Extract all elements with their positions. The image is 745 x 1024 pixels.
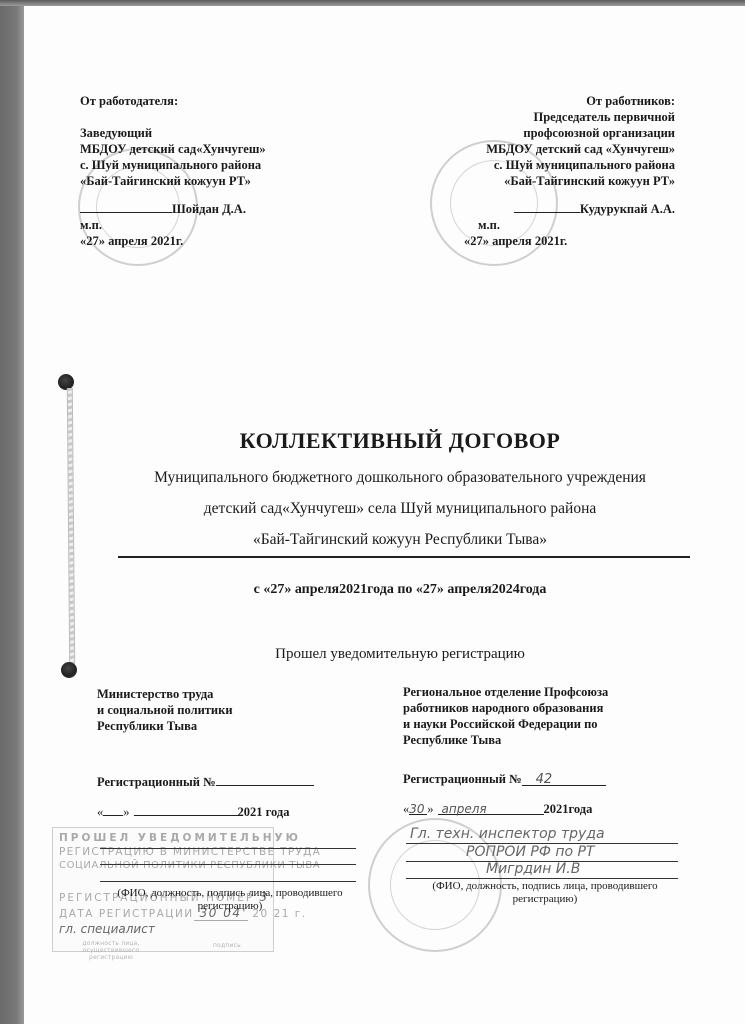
ministry-registration-block: Министерство труда и социальной политики…: [97, 686, 357, 734]
workers-date: «27» апреля 2021г.: [400, 233, 675, 249]
employer-heading: От работодателя:: [80, 93, 380, 109]
ministry-fill-line1: [100, 848, 356, 849]
union-handwritten-line2: РОПРОИ РФ по РТ: [466, 844, 686, 860]
union-org-line2: работников народного образования: [403, 700, 693, 716]
union-fill-line3: [406, 878, 678, 879]
ministry-fill-line3: [100, 881, 356, 882]
employer-signature-block: От работодателя: Заведующий МБДОУ детски…: [80, 93, 380, 249]
stamp-caption-left: должность лица, осуществившего регистрац…: [61, 940, 161, 961]
workers-heading: От работников:: [400, 93, 675, 109]
ministry-org-line1: Министерство труда: [97, 686, 357, 702]
union-date-row: «30»апреля2021года: [403, 801, 693, 817]
union-org-line3: и науки Российской Федерации по: [403, 716, 693, 732]
employer-org-line2: с. Шуй муниципального района: [80, 157, 380, 173]
workers-seal-label: м.п.: [400, 217, 675, 233]
union-reg-number-row: Регистрационный №42: [403, 771, 693, 787]
union-registration-block: Региональное отделение Профсоюза работни…: [403, 684, 693, 748]
union-date-day-field: 30: [409, 801, 427, 815]
workers-org-line2: с. Шуй муниципального района: [400, 157, 675, 173]
union-signature-caption: (ФИО, должность, подпись лица, проводивш…: [410, 880, 680, 906]
union-caption-line2: регистрацию): [410, 893, 680, 906]
employer-position: Заведующий: [80, 125, 380, 141]
title-divider: [118, 556, 690, 558]
employer-seal-label: м.п.: [80, 217, 380, 233]
ministry-signature-caption: (ФИО, должность, подпись лица, проводивш…: [100, 887, 360, 913]
ministry-reg-number-label: Регистрационный №: [97, 775, 216, 789]
ministry-fill-line2: [100, 864, 356, 865]
stamp-line3: СОЦИАЛЬНОЙ ПОЛИТИКИ РЕСПУБЛИКИ ТЫВА: [59, 860, 320, 871]
stamp-caption-right: подпись: [213, 942, 241, 949]
union-date-close-quote: »: [427, 802, 433, 816]
workers-org-line1: МБДОУ детский сад «Хунчугеш»: [400, 141, 675, 157]
document-title: КОЛЛЕКТИВНЫЙ ДОГОВОР: [100, 428, 700, 454]
workers-org-line3: «Бай-Тайгинский кожуун РТ»: [400, 173, 675, 189]
ministry-date-day-field: [103, 803, 123, 816]
workers-signature-block: От работников: Председатель первичной пр…: [400, 93, 675, 249]
ministry-org-line3: Республики Тыва: [97, 718, 357, 734]
ministry-date-month-field: [134, 803, 238, 816]
union-date-year: 2021года: [544, 802, 593, 816]
employer-org-line1: МБДОУ детский сад«Хунчугеш»: [80, 141, 380, 157]
validity-period: с «27» апреля2021года по «27» апреля2024…: [100, 582, 700, 598]
union-caption-line1: (ФИО, должность, подпись лица, проводивш…: [410, 880, 680, 893]
union-handwritten-line1: Гл. техн. инспектор труда: [410, 826, 670, 842]
document-subtitle-line3: «Бай-Тайгинский кожуун Республики Тыва»: [100, 531, 700, 549]
employer-date: «27» апреля 2021г.: [80, 233, 380, 249]
ministry-reg-number-row: Регистрационный №: [97, 773, 367, 790]
document-subtitle-line2: детский сад«Хунчугеш» села Шуй муниципал…: [100, 500, 700, 518]
workers-signer-name: Кудурукпай А.А.: [580, 202, 675, 216]
workers-position-line2: профсоюзной организации: [400, 125, 675, 141]
employer-signature-line: [80, 201, 172, 213]
union-org-line1: Региональное отделение Профсоюза: [403, 684, 693, 700]
ministry-date-row: «»2021 года: [97, 803, 367, 820]
workers-signature-line: [514, 201, 580, 213]
ministry-reg-number-field: [216, 773, 314, 786]
ministry-date-close-quote: »: [123, 805, 129, 819]
binding-hole-bottom: [61, 662, 77, 678]
workers-position-line1: Председатель первичной: [400, 109, 675, 125]
union-org-line4: Республике Тыва: [403, 732, 693, 748]
union-reg-number-label: Регистрационный №: [403, 772, 522, 786]
ministry-caption-line1: (ФИО, должность, подпись лица, проводивш…: [100, 887, 360, 900]
union-date-month-field: апреля: [438, 801, 544, 815]
registration-notice: Прошел уведомительную регистрацию: [100, 646, 700, 663]
scan-edge-left: [0, 0, 24, 1024]
employer-signer-name: Шойдан Д.А.: [172, 202, 246, 216]
stamp-line1: ПРОШЕЛ УВЕДОМИТЕЛЬНУЮ: [59, 832, 301, 844]
union-handwritten-line3: Мигрдин И.В: [486, 861, 686, 877]
ministry-date-year: 2021 года: [238, 805, 290, 819]
ministry-caption-line2: регистрацию): [100, 900, 360, 913]
stamp-handwritten-position: гл. специалист: [59, 922, 155, 936]
document-subtitle-line1: Муниципального бюджетного дошкольного об…: [100, 469, 700, 487]
employer-org-line3: «Бай-Тайгинский кожуун РТ»: [80, 173, 380, 189]
union-reg-number-field: 42: [522, 772, 606, 786]
ministry-org-line2: и социальной политики: [97, 702, 357, 718]
